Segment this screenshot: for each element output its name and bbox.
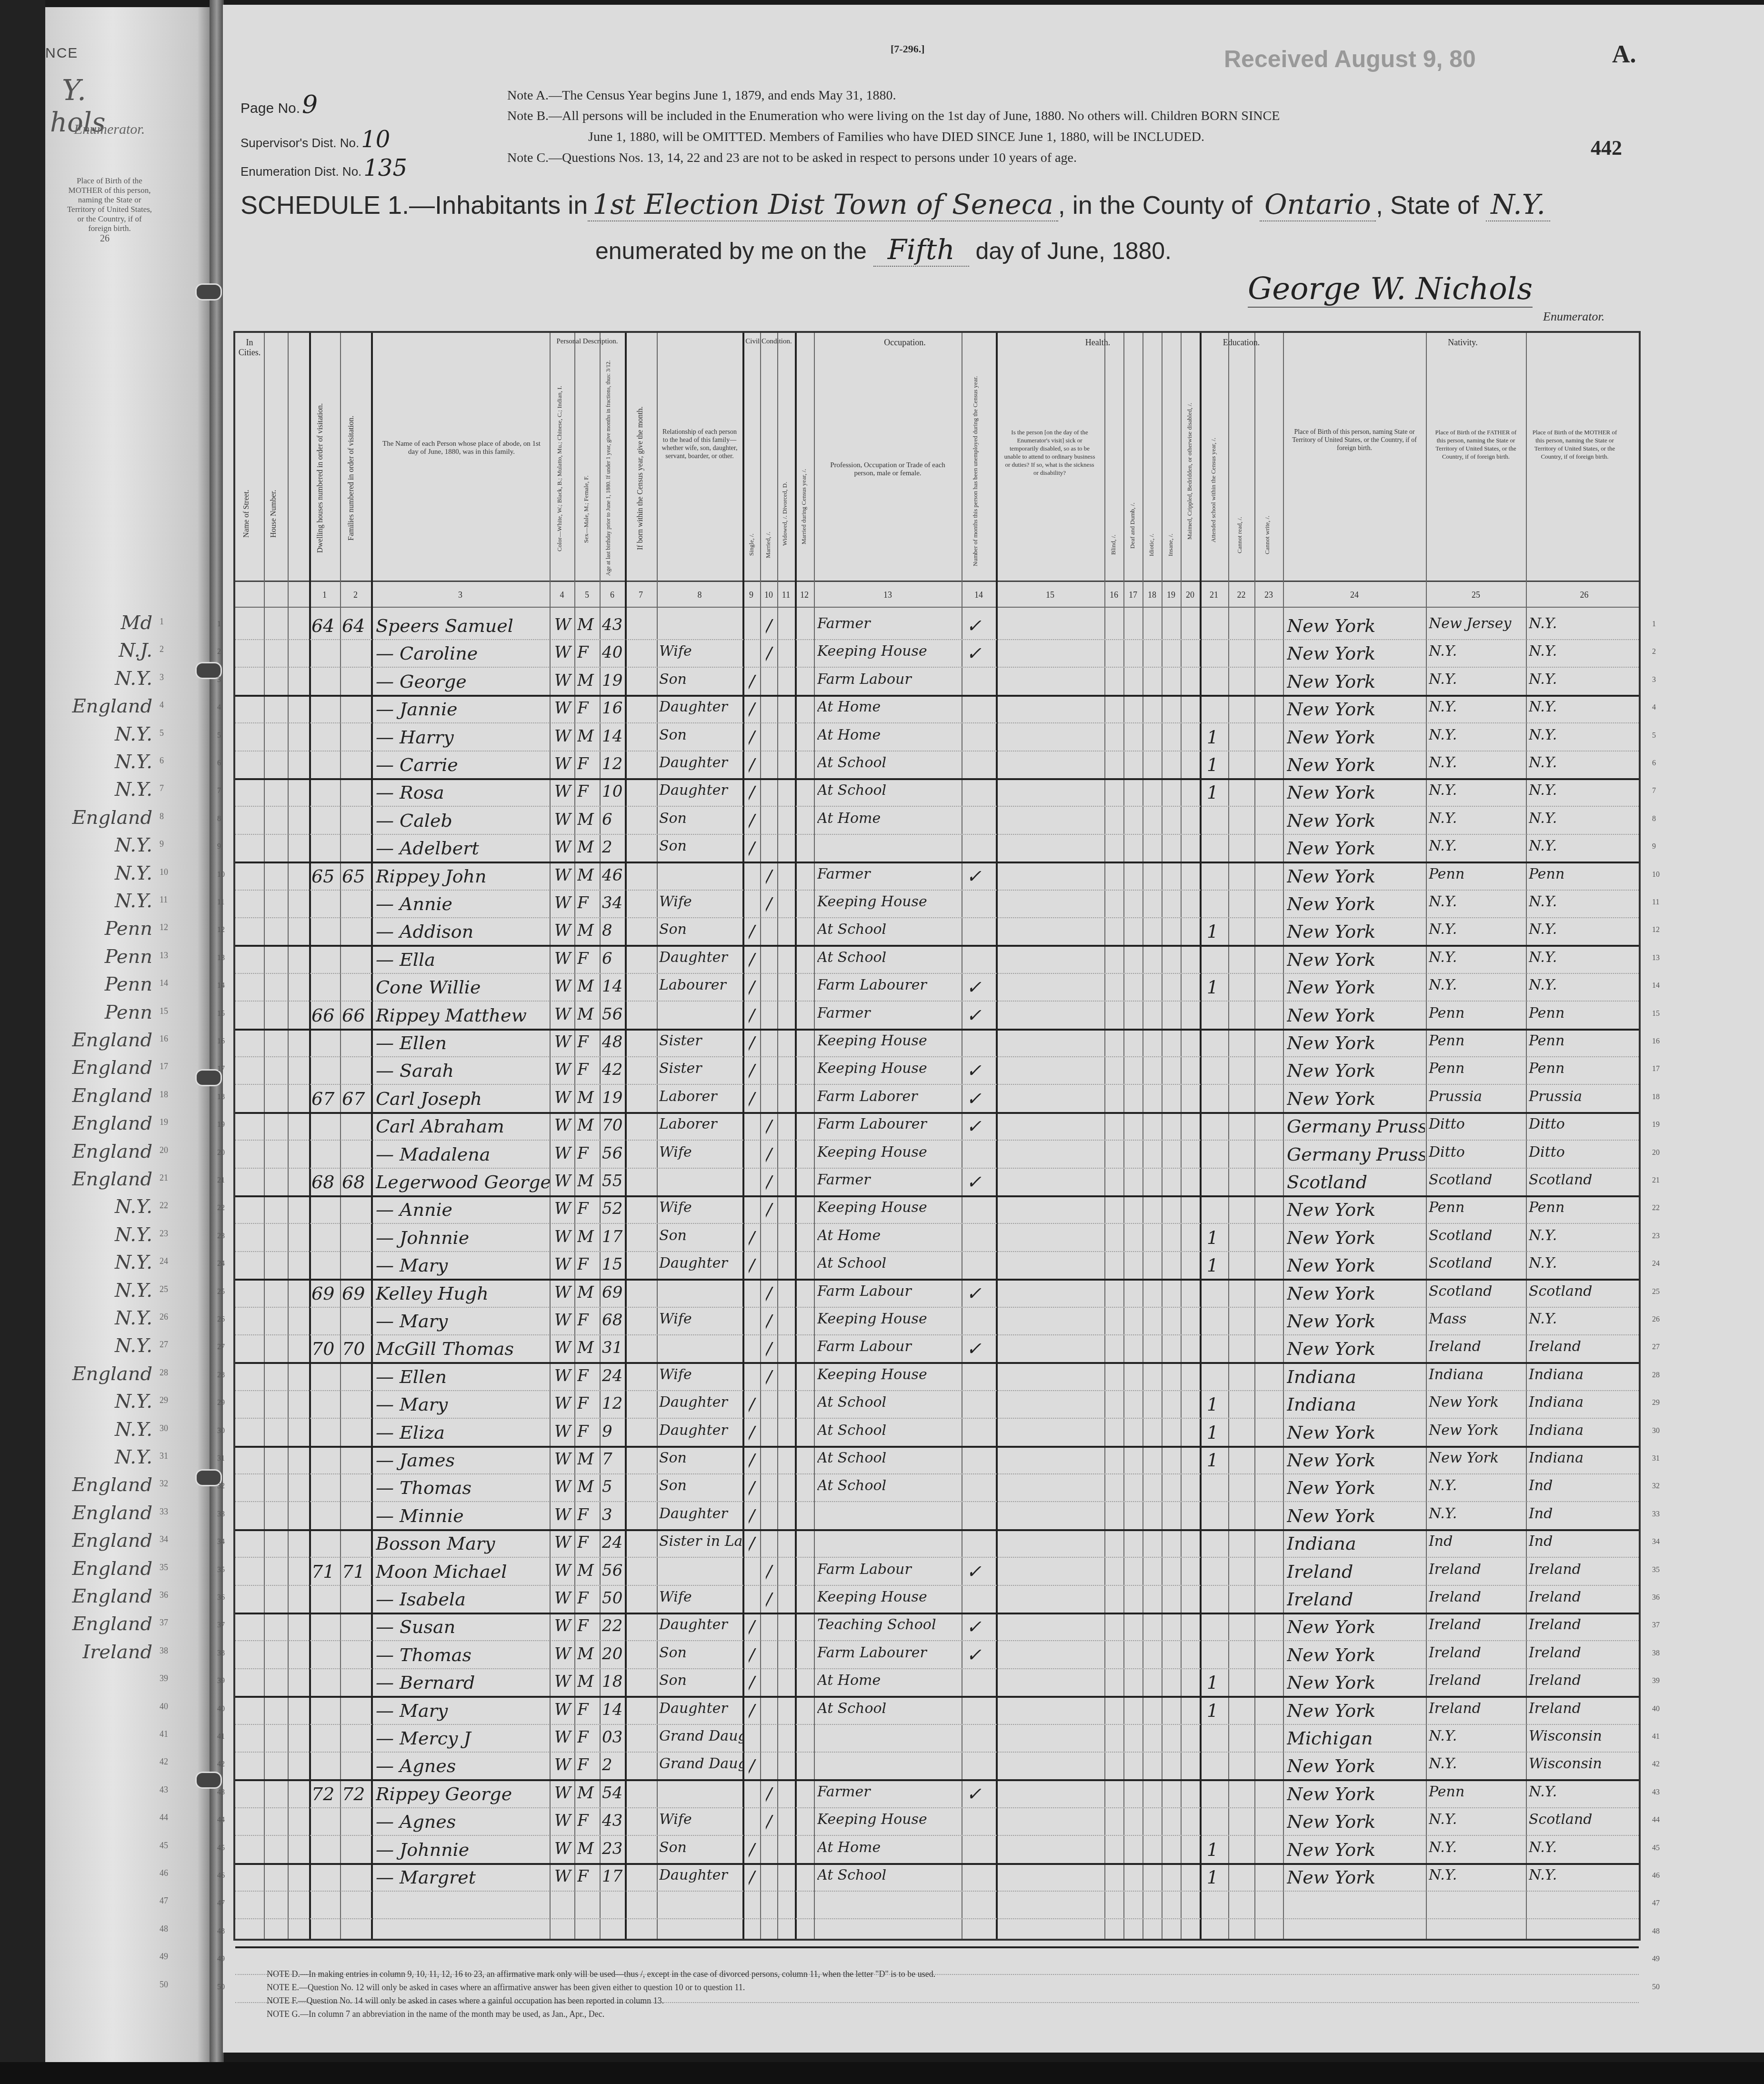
left-page-row-number: 41: [160, 1729, 168, 1739]
row-number: 8: [217, 815, 221, 823]
civil-condition-mark: /: [766, 1811, 777, 1832]
sex-value: M: [577, 1450, 599, 1469]
table-row: — ThomasWM5SonAt SchoolNew YorkN.Y.Ind/3…: [235, 1473, 1639, 1502]
left-page-mother-birthplace: N.Y.: [45, 834, 152, 856]
row-number: 38: [1652, 1649, 1660, 1658]
mother-birthplace-value: Ireland: [1529, 1561, 1641, 1578]
table-row: 7171Moon MichaelWM56Farm Labour✓IrelandI…: [235, 1557, 1639, 1586]
mother-birthplace-value: Wisconsin: [1529, 1728, 1641, 1744]
color-value: W: [554, 1672, 573, 1691]
sex-value: F: [577, 782, 599, 801]
left-page-row-number: 42: [160, 1757, 168, 1767]
row-number: 11: [217, 898, 224, 907]
table-row: Carl AbrahamWM70LaborerFarm Labourer✓Ger…: [235, 1112, 1639, 1141]
row-number: 15: [1652, 1010, 1660, 1018]
column-number: 3: [371, 590, 550, 600]
birthplace-value: New York: [1287, 1422, 1425, 1443]
footer-note: NOTE F.—Question No. 14 will only be ask…: [267, 1996, 664, 2006]
table-row: — GeorgeWM19SonFarm LabourNew YorkN.Y.N.…: [235, 667, 1639, 697]
left-page-mother-birthplace: Penn: [45, 1002, 152, 1023]
enumeration-dist-field: Enumeration Dist. No. 135: [241, 155, 407, 181]
left-page-row-number: 3: [160, 672, 164, 682]
school-mark: 1: [1207, 977, 1226, 998]
age-value: 10: [602, 782, 625, 801]
sex-value: M: [577, 1005, 599, 1024]
in-cities-header: In Cities.: [235, 338, 264, 358]
table-row: 6767Carl JosephWM19LaborerFarm Laborer✓N…: [235, 1084, 1639, 1114]
relationship-value: Wife: [659, 643, 742, 660]
birthplace-value: New York: [1287, 1755, 1425, 1776]
birthplace-value: New York: [1287, 643, 1425, 664]
row-number: 43: [217, 1788, 225, 1797]
row-number: 14: [1652, 982, 1660, 990]
left-page-mother-birthplace: Penn: [45, 973, 152, 995]
row-number: 48: [217, 1927, 225, 1936]
left-page-row-number: 30: [160, 1423, 168, 1433]
person-name: — Johnnie: [376, 1839, 550, 1860]
age-value: 22: [602, 1616, 625, 1635]
age-value: 14: [602, 977, 625, 996]
left-page-row-number: 24: [160, 1256, 168, 1266]
row-number: 46: [1652, 1872, 1660, 1880]
row-number: 43: [1652, 1788, 1660, 1797]
row-number: 12: [217, 926, 225, 934]
left-page-mother-birthplace: N.Y.: [45, 890, 152, 912]
column-number: 17: [1123, 590, 1143, 600]
row-number: 41: [217, 1733, 225, 1741]
occupation-value: Keeping House: [817, 1311, 960, 1327]
sex-value: M: [577, 615, 599, 634]
sex-value: F: [577, 1811, 599, 1830]
sex-header: Sex—Male, M.; Female, F.: [582, 442, 590, 576]
left-page-mother-birthplace: N.Y.: [45, 1196, 152, 1218]
age-value: 17: [602, 1867, 625, 1886]
page-no-value: 9: [302, 90, 318, 119]
row-number: 49: [1652, 1955, 1660, 1964]
age-value: 8: [602, 921, 625, 940]
row-number: 24: [1652, 1260, 1660, 1268]
row-number: 36: [1652, 1593, 1660, 1602]
unemployed-check: ✓: [966, 1283, 995, 1304]
left-page-mother-birthplace: N.Y.: [45, 862, 152, 884]
person-name: — George: [376, 671, 550, 692]
father-birthplace-value: N.Y.: [1429, 671, 1524, 688]
mother-birthplace-value: Penn: [1529, 1199, 1641, 1216]
row-number: 3: [1652, 676, 1656, 684]
left-page-mother-birthplace: N.Y.: [45, 1307, 152, 1329]
row-number: 16: [1652, 1037, 1660, 1046]
civil-condition-mark: /: [749, 1755, 760, 1776]
father-birthplace-value: Ditto: [1429, 1116, 1524, 1132]
person-name: — James: [376, 1450, 550, 1471]
civil-condition-mark: /: [749, 810, 760, 831]
father-birthplace-value: N.Y.: [1429, 727, 1524, 743]
age-value: 50: [602, 1589, 625, 1608]
sex-value: M: [577, 1116, 599, 1135]
row-number: 10: [217, 871, 225, 879]
age-value: 56: [602, 1144, 625, 1163]
school-mark: 1: [1207, 1700, 1226, 1721]
sex-value: F: [577, 1422, 599, 1441]
row-number: 44: [217, 1816, 225, 1824]
sex-value: F: [577, 1366, 599, 1385]
mother-birthplace-value: Indiana: [1529, 1366, 1641, 1383]
father-birthplace-value: Scotland: [1429, 1172, 1524, 1188]
column-number: 6: [600, 590, 625, 600]
sex-value: M: [577, 1283, 599, 1302]
house-header: House Number.: [270, 452, 278, 576]
unemployed-check: ✓: [966, 1060, 995, 1081]
mother-birthplace-value: Ireland: [1529, 1644, 1641, 1661]
relationship-value: Son: [659, 1644, 742, 1661]
blind-header: Blind, /.: [1109, 514, 1117, 576]
father-birthplace-value: Ireland: [1429, 1616, 1524, 1633]
age-value: 70: [602, 1116, 625, 1135]
color-value: W: [554, 866, 573, 885]
civil-condition-mark: /: [749, 1644, 760, 1665]
enumeration-dist-label: Enumeration Dist. No.: [241, 164, 361, 179]
unemployed-check: ✓: [966, 977, 995, 998]
civil-condition-mark: /: [749, 1060, 760, 1081]
relationship-value: Daughter: [659, 1616, 742, 1633]
sex-value: F: [577, 1755, 599, 1774]
left-page-mother-birthplace: Md: [45, 612, 152, 634]
occupation-value: At Home: [817, 727, 960, 743]
column-number: 12: [795, 590, 814, 600]
birthplace-value: Germany Prussia: [1287, 1116, 1425, 1137]
person-name: — Caroline: [376, 643, 550, 664]
person-name: — Addison: [376, 921, 550, 942]
left-page-row-number: 7: [160, 783, 164, 793]
person-name: Rippey John: [376, 866, 550, 887]
left-page-row-number: 21: [160, 1173, 168, 1183]
father-birthplace-value: N.Y.: [1429, 643, 1524, 660]
civil-condition-mark: /: [749, 1255, 760, 1276]
left-page-mother-birthplace: N.J.: [45, 640, 152, 661]
dwelling-number: 64: [311, 615, 340, 636]
unemployed-check: ✓: [966, 1005, 995, 1026]
mother-birthplace-value: Ireland: [1529, 1700, 1641, 1717]
sex-value: F: [577, 1032, 599, 1052]
color-value: W: [554, 949, 573, 968]
color-value: W: [554, 977, 573, 996]
occupation-value: Keeping House: [817, 643, 960, 660]
person-name: McGill Thomas: [376, 1338, 550, 1359]
father-birthplace-value: Penn: [1429, 1032, 1524, 1049]
relationship-header: Relationship of each person to the head …: [661, 428, 738, 461]
age-value: 18: [602, 1672, 625, 1691]
father-birthplace-value: N.Y.: [1429, 1811, 1524, 1828]
sex-value: M: [577, 1672, 599, 1691]
civil-condition-mark: /: [749, 1505, 760, 1526]
civil-condition-mark: /: [749, 1005, 760, 1026]
birthplace-header: Place of Birth of this person, naming St…: [1288, 428, 1421, 452]
sex-value: M: [577, 1477, 599, 1496]
married-year-header: Married during Census year, /.: [800, 438, 808, 576]
unemployed-check: ✓: [966, 1172, 995, 1192]
row-number: 3: [217, 676, 221, 684]
birthplace-value: New York: [1287, 1644, 1425, 1665]
row-number: 35: [217, 1566, 225, 1574]
birthplace-value: New York: [1287, 1450, 1425, 1471]
table-row: — MaryWF12DaughterAt School1IndianaNew Y…: [235, 1390, 1639, 1419]
birthplace-value: Ireland: [1287, 1561, 1425, 1582]
sex-value: F: [577, 1867, 599, 1886]
color-value: W: [554, 1394, 573, 1413]
person-name: — Isabela: [376, 1589, 550, 1610]
row-number: 4: [1652, 703, 1656, 712]
left-page-row-number: 31: [160, 1451, 168, 1461]
father-birthplace-value: N.Y.: [1429, 977, 1524, 993]
person-name: Legerwood George: [376, 1172, 550, 1192]
left-page-row-number: 15: [160, 1006, 168, 1016]
left-page-row-number: 44: [160, 1813, 168, 1823]
left-page-column-header: Place of Birth of the MOTHER of this per…: [67, 176, 152, 233]
occupation-value: Farmer: [817, 866, 960, 882]
left-page-row-number: 6: [160, 756, 164, 766]
left-page-mother-birthplace: England: [45, 1585, 152, 1607]
color-value: W: [554, 1116, 573, 1135]
county-prefix: , in the County of: [1058, 191, 1253, 220]
color-value: W: [554, 1589, 573, 1608]
mother-birthplace-value: Scotland: [1529, 1283, 1641, 1300]
column-number: 15: [996, 590, 1104, 600]
color-value: W: [554, 1422, 573, 1441]
civil-condition-mark: /: [766, 866, 777, 887]
person-name: — Ella: [376, 949, 550, 970]
table-row: — JohnnieWM17SonAt Home1New YorkScotland…: [235, 1223, 1639, 1252]
person-name: — Eliza: [376, 1422, 550, 1443]
mother-birthplace-value: N.Y.: [1529, 782, 1641, 799]
dwelling-number: 66: [311, 1005, 340, 1026]
left-page-row-number: 12: [160, 922, 168, 932]
relationship-value: Son: [659, 727, 742, 743]
birthplace-value: Scotland: [1287, 1172, 1425, 1192]
person-name: Rippey Matthew: [376, 1005, 550, 1026]
column-number: 14: [962, 590, 996, 600]
enumerated-line: enumerated by me on the Fifth day of Jun…: [595, 233, 1172, 266]
row-number: 5: [217, 731, 221, 740]
father-birthplace-value: N.Y.: [1429, 838, 1524, 854]
row-number: 1: [217, 620, 221, 629]
table-row: — AnnieWF34WifeKeeping HouseNew YorkN.Y.…: [235, 890, 1639, 918]
school-mark: 1: [1207, 1867, 1226, 1888]
enumerated-prefix: enumerated by me on the: [595, 238, 867, 264]
father-birthplace-value: Ireland: [1429, 1338, 1524, 1355]
birthplace-value: New York: [1287, 1032, 1425, 1053]
school-header: Attended school within the Census year, …: [1209, 404, 1217, 576]
sex-value: F: [577, 1060, 599, 1079]
civil-condition-mark: /: [749, 1672, 760, 1693]
civil-condition-mark: /: [749, 754, 760, 775]
row-number: 20: [217, 1149, 225, 1157]
color-value: W: [554, 1032, 573, 1052]
mother-birthplace-value: Penn: [1529, 1060, 1641, 1077]
sex-value: M: [577, 1088, 599, 1107]
left-page-mother-birthplace: England: [45, 1141, 152, 1162]
row-number: 41: [1652, 1733, 1660, 1741]
row-number: 26: [1652, 1315, 1660, 1324]
civil-condition-header: Civil Condition.: [742, 338, 795, 346]
row-number: 13: [1652, 954, 1660, 962]
occupation-value: Farmer: [817, 1783, 960, 1800]
age-value: 3: [602, 1505, 625, 1524]
age-value: 46: [602, 866, 625, 885]
row-number: 18: [217, 1093, 225, 1102]
table-row: — JannieWF16DaughterAt HomeNew YorkN.Y.N…: [235, 695, 1639, 723]
relationship-value: Wife: [659, 1311, 742, 1327]
sex-value: M: [577, 1783, 599, 1803]
table-row: — MaryWF15DaughterAt School1New YorkScot…: [235, 1251, 1639, 1281]
occupation-value: At School: [817, 1477, 960, 1494]
school-mark: 1: [1207, 1422, 1226, 1443]
family-number: 72: [342, 1783, 371, 1804]
relationship-value: Son: [659, 810, 742, 827]
dwelling-number: 70: [311, 1338, 340, 1359]
table-row: 4747: [235, 1891, 1639, 1919]
table-row: — RosaWF10DaughterAt School1New YorkN.Y.…: [235, 778, 1639, 807]
father-birthplace-value: Ireland: [1429, 1644, 1524, 1661]
note-b-line1: Note B.—All persons will be included in …: [507, 109, 1280, 124]
occupation-value: Keeping House: [817, 1366, 960, 1383]
left-page-row-number: 14: [160, 978, 168, 988]
relationship-value: Grand Daug: [659, 1728, 742, 1744]
sex-value: F: [577, 1589, 599, 1608]
age-value: 6: [602, 810, 625, 829]
table-row: — CarrieWF12DaughterAt School1New YorkN.…: [235, 751, 1639, 780]
row-number: 48: [1652, 1927, 1660, 1936]
row-number: 15: [217, 1010, 225, 1018]
age-value: 54: [602, 1783, 625, 1803]
table-row: — IsabelaWF50WifeKeeping HouseIrelandIre…: [235, 1585, 1639, 1614]
father-birthplace-value: Penn: [1429, 1199, 1524, 1216]
column-number: 23: [1254, 590, 1283, 600]
color-value: W: [554, 1450, 573, 1469]
relationship-value: Daughter: [659, 1867, 742, 1884]
father-birthplace-value: Ireland: [1429, 1700, 1524, 1717]
civil-condition-mark: /: [766, 615, 777, 636]
supervisor-dist-value: 10: [361, 126, 390, 153]
relationship-value: Wife: [659, 1589, 742, 1605]
birthplace-value: New York: [1287, 1505, 1425, 1526]
color-value: W: [554, 1533, 573, 1552]
dwelling-header: Dwelling houses numbered in order of vis…: [316, 381, 324, 576]
note-b-line2: June 1, 1880, will be OMITTED. Members o…: [588, 130, 1204, 145]
occupation-value: At School: [817, 1422, 960, 1439]
person-name: — Minnie: [376, 1505, 550, 1526]
column-number: 26: [1526, 590, 1643, 600]
mother-birthplace-value: N.Y.: [1529, 893, 1641, 910]
table-row: — AgnesWF2Grand DaugNew YorkN.Y.Wisconsi…: [235, 1752, 1639, 1781]
civil-condition-mark: /: [766, 1311, 777, 1332]
left-page-mother-birthplace: England: [45, 1474, 152, 1496]
sex-value: M: [577, 1172, 599, 1191]
sex-value: F: [577, 949, 599, 968]
birthplace-value: Indiana: [1287, 1533, 1425, 1554]
page-letter: A.: [1612, 40, 1636, 69]
row-number: 40: [1652, 1705, 1660, 1713]
family-number: 65: [342, 866, 371, 887]
father-birthplace-value: Penn: [1429, 1783, 1524, 1800]
table-row: Cone WillieWM14LabourerFarm Labourer✓1Ne…: [235, 973, 1639, 1002]
row-number: 9: [217, 842, 221, 851]
father-birthplace-value: N.Y.: [1429, 1867, 1524, 1884]
unemployed-check: ✓: [966, 1616, 995, 1637]
district-value: 1st Election Dist Town of Seneca: [588, 188, 1058, 221]
person-name: — Mary: [376, 1311, 550, 1332]
father-birthplace-value: Ireland: [1429, 1672, 1524, 1689]
mother-birthplace-value: N.Y.: [1529, 1227, 1641, 1244]
left-page-row-number: 9: [160, 839, 164, 849]
left-page-row-number: 35: [160, 1563, 168, 1573]
column-number: 19: [1162, 590, 1181, 600]
left-page-row-number: 2: [160, 644, 164, 654]
age-value: 17: [602, 1227, 625, 1246]
person-name: — Thomas: [376, 1477, 550, 1498]
mother-birthplace-value: Penn: [1529, 1032, 1641, 1049]
sex-value: F: [577, 1616, 599, 1635]
table-row: — SarahWF42SisterKeeping House✓New YorkP…: [235, 1056, 1639, 1085]
enumerator-signature: George W. Nichols: [1248, 271, 1533, 308]
table-row: — AdelbertWM2SonNew YorkN.Y.N.Y./99: [235, 834, 1639, 863]
left-page-mother-birthplace: Ireland: [45, 1641, 152, 1663]
color-value: W: [554, 1477, 573, 1496]
civil-condition-mark: /: [749, 671, 760, 692]
left-page-mother-birthplace: England: [45, 1363, 152, 1385]
row-number: 17: [1652, 1065, 1660, 1073]
row-number: 4: [217, 703, 221, 712]
left-page-row-number: 46: [160, 1868, 168, 1878]
mother-birthplace-value: Wisconsin: [1529, 1755, 1641, 1772]
occupation-value: Teaching School: [817, 1616, 960, 1633]
occupation-value: At Home: [817, 1839, 960, 1856]
column-number: 1: [309, 590, 340, 600]
born-in-year-header: If born within the Census year, give the…: [636, 381, 644, 576]
row-number: 8: [1652, 815, 1656, 823]
table-row: 7070McGill ThomasWM31Farm Labour✓New Yor…: [235, 1334, 1639, 1364]
table-row: 6969Kelley HughWM69Farm Labour✓New YorkS…: [235, 1279, 1639, 1308]
row-number: 2: [1652, 648, 1656, 656]
father-birthplace-value: Penn: [1429, 1005, 1524, 1022]
occupation-value: At School: [817, 921, 960, 938]
occupation-value: At School: [817, 1255, 960, 1272]
sex-value: F: [577, 1255, 599, 1274]
occupation-value: Keeping House: [817, 1589, 960, 1605]
age-value: 16: [602, 699, 625, 718]
civil-condition-mark: /: [766, 1589, 777, 1610]
row-number: 25: [217, 1288, 225, 1296]
person-name: — Mercy J: [376, 1728, 550, 1749]
left-page-row-number: 1: [160, 617, 164, 627]
sex-value: F: [577, 1199, 599, 1218]
person-name: Bosson Mary: [376, 1533, 550, 1554]
row-number: 7: [1652, 787, 1656, 795]
binder-ring-icon: [195, 1772, 222, 1789]
occupation-value: Keeping House: [817, 1032, 960, 1049]
table-row: — MinnieWF3DaughterNew YorkN.Y.Ind/3333: [235, 1502, 1639, 1531]
column-number: 20: [1181, 590, 1200, 600]
row-number: 26: [217, 1315, 225, 1324]
age-value: 24: [602, 1366, 625, 1385]
row-number: 34: [1652, 1538, 1660, 1546]
birthplace-value: New York: [1287, 949, 1425, 970]
civil-condition-mark: /: [749, 699, 760, 720]
father-birthplace-value: Penn: [1429, 1060, 1524, 1077]
row-number: 28: [217, 1371, 225, 1380]
birthplace-value: New York: [1287, 1088, 1425, 1109]
person-name: — Ellen: [376, 1032, 550, 1053]
enumerated-suffix: day of June, 1880.: [976, 238, 1172, 264]
